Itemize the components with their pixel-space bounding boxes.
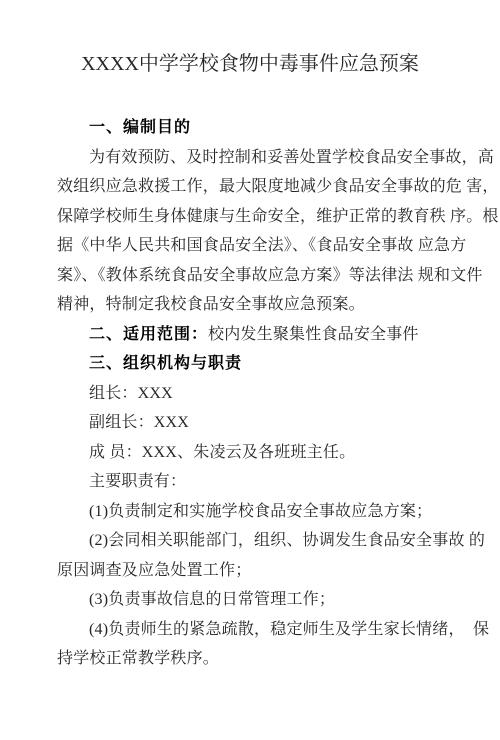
document-line: 为有效预防、及时控制和妥善处置学校食品安全事故，高 (57, 143, 457, 173)
document-body: 一、编制目的为有效预防、及时控制和妥善处置学校食品安全事故，高效组织应急救援工作… (57, 113, 457, 674)
document-line: 组长：XXX (57, 379, 457, 409)
document-line: 原因调查及应急处置工作； (57, 556, 457, 586)
document-line: 保障学校师生身体健康与生命安全，维护正常的教育秩 序。根 (57, 202, 457, 232)
document-line: 主要职责有： (57, 467, 457, 497)
section-heading: 一、编制目的 (57, 113, 457, 143)
inline-section-heading: 二、适用范围： (89, 326, 208, 343)
document-line: (4)负责师生的紧急疏散，稳定师生及学生家长情绪， 保 (57, 615, 457, 645)
section-heading: 三、组织机构与职责 (57, 349, 457, 379)
document-line: (3)负责事故信息的日常管理工作； (57, 585, 457, 615)
document-line: 精神，特制定我校食品安全事故应急预案。 (57, 290, 457, 320)
document-line: 副组长：XXX (57, 408, 457, 438)
document-page: XXXX中学学校食物中毒事件应急预案 一、编制目的为有效预防、及时控制和妥善处置… (0, 0, 500, 740)
document-line: 据《中华人民共和国食品安全法》、《食品安全事故 应急方 (57, 231, 457, 261)
document-line: 持学校正常教学秩序。 (57, 644, 457, 674)
document-line: (1)负责制定和实施学校食品安全事故应急方案； (57, 497, 457, 527)
document-line: 二、适用范围：校内发生聚集性食品安全事件 (57, 320, 457, 350)
document-line: 效组织应急救援工作，最大限度地减少食品安全事故的危 害， (57, 172, 457, 202)
document-line: 案》、《教体系统食品安全事故应急方案》等法律法 规和文件 (57, 261, 457, 291)
document-line: 成 员：XXX、朱凌云及各班班主任。 (57, 438, 457, 468)
inline-section-text: 校内发生聚集性食品安全事件 (208, 326, 419, 343)
document-title: XXXX中学学校食物中毒事件应急预案 (0, 0, 500, 78)
document-line: (2)会同相关职能部门，组织、协调发生食品安全事故 的 (57, 526, 457, 556)
